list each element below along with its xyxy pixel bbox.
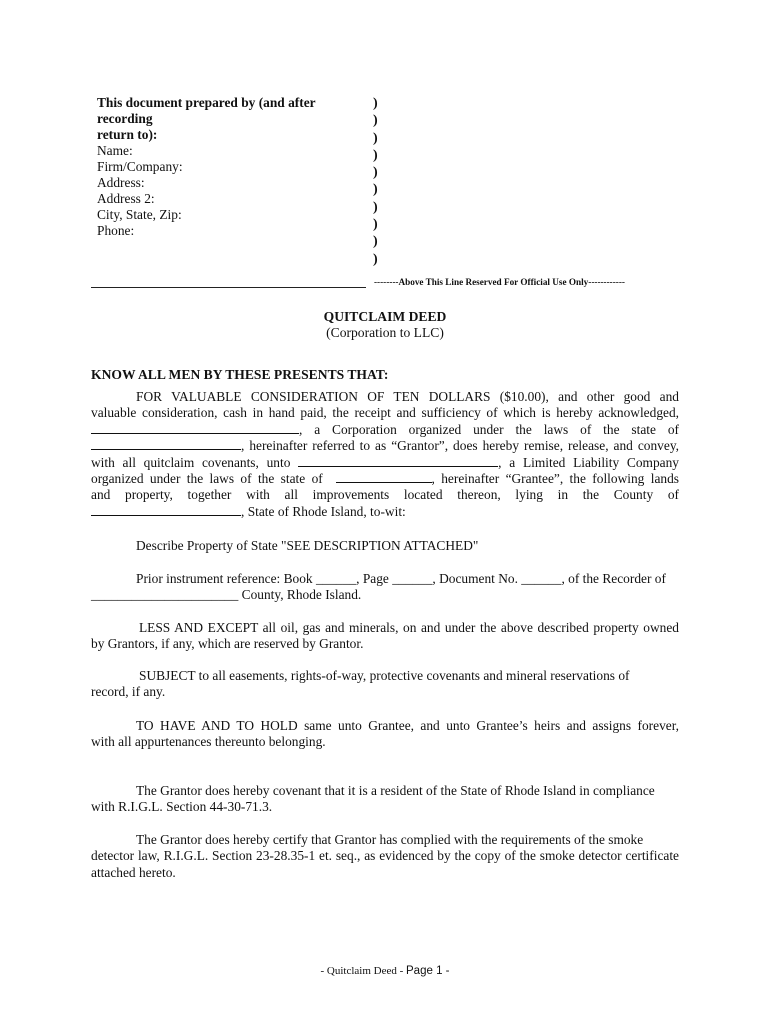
phone-field-label: Phone: (97, 223, 367, 239)
text: , hereinafter “Grantee”, the following l… (432, 471, 680, 486)
prepared-by-label: This document prepared by (and after rec… (97, 95, 367, 127)
consideration-line: organized under the laws of the state of… (91, 471, 679, 487)
less-except-paragraph: LESS AND EXCEPT all oil, gas and mineral… (91, 620, 679, 653)
page-number: Page 1 - (406, 965, 449, 977)
text: , a Limited Liability Company (498, 455, 679, 470)
consideration-line: and property, together with all improvem… (91, 487, 679, 503)
consideration-line: FOR VALUABLE CONSIDERATION OF TEN DOLLAR… (91, 389, 679, 405)
smoke-detector-line: The Grantor does hereby certify that Gra… (91, 832, 679, 848)
habendum-paragraph: TO HAVE AND TO HOLD same unto Grantee, a… (91, 718, 679, 751)
grantee-state-blank[interactable] (336, 471, 432, 483)
text: , State of Rhode Island, to-wit: (241, 504, 406, 519)
grantee-name-blank[interactable] (298, 455, 498, 467)
consideration-line: , hereinafter referred to as “Grantor”, … (91, 438, 679, 454)
bracket-column: ) ) ) ) ) ) ) ) ) ) (373, 95, 385, 268)
residency-line: The Grantor does hereby covenant that it… (91, 783, 679, 799)
describe-property: Describe Property of State "SEE DESCRIPT… (136, 538, 724, 554)
smoke-detector-paragraph: The Grantor does hereby certify that Gra… (91, 832, 679, 881)
consideration-line: valuable consideration, cash in hand pai… (91, 405, 679, 421)
page-footer: - Quitclaim Deed - Page 1 - (0, 965, 770, 977)
document-subtitle: (Corporation to LLC) (0, 325, 770, 341)
address-field-label: Address: (97, 175, 367, 191)
paren: ) (373, 199, 385, 216)
paren: ) (373, 251, 385, 268)
paren: ) (373, 130, 385, 147)
firm-field-label: Firm/Company: (97, 159, 367, 175)
name-field-label: Name: (97, 143, 367, 159)
consideration-line: , State of Rhode Island, to-wit: (91, 504, 679, 520)
paren: ) (373, 233, 385, 250)
habendum-line: TO HAVE AND TO HOLD same unto Grantee, a… (91, 718, 679, 734)
paren: ) (373, 147, 385, 164)
residency-line: with R.I.G.L. Section 44-30-71.3. (91, 799, 679, 815)
paren: ) (373, 95, 385, 112)
city-state-zip-field-label: City, State, Zip: (97, 207, 367, 223)
smoke-detector-line: detector law, R.I.G.L. Section 23-28.35-… (91, 848, 679, 864)
text: organized under the laws of the state of (91, 471, 323, 486)
text: County, Rhode Island. (238, 587, 361, 602)
paren: ) (373, 164, 385, 181)
grantor-name-blank[interactable] (91, 422, 299, 434)
text: with all quitclaim covenants, unto (91, 455, 290, 470)
know-all-heading: KNOW ALL MEN BY THESE PRESENTS THAT: (91, 367, 388, 383)
consideration-line: , a Corporation organized under the laws… (91, 422, 679, 438)
paren: ) (373, 216, 385, 233)
return-to-label: return to): (97, 127, 367, 143)
text: , a Corporation organized under the laws… (299, 422, 679, 437)
smoke-detector-line: attached hereto. (91, 865, 679, 881)
footer-doc-name: - Quitclaim Deed - (320, 965, 406, 977)
prior-instrument-line: ______________________ County, Rhode Isl… (91, 587, 679, 603)
consideration-line: with all quitclaim covenants, unto , a L… (91, 455, 679, 471)
recording-divider-line (91, 287, 366, 288)
subject-to-paragraph: SUBJECT to all easements, rights-of-way,… (91, 668, 679, 701)
less-except-line: by Grantors, if any, which are reserved … (91, 636, 679, 652)
prior-instrument-paragraph: Prior instrument reference: Book ______,… (91, 571, 679, 604)
residency-paragraph: The Grantor does hereby covenant that it… (91, 783, 679, 816)
less-except-line: LESS AND EXCEPT all oil, gas and mineral… (91, 620, 679, 636)
recorder-county-blank[interactable]: ______________________ (91, 587, 238, 602)
habendum-line: with all appurtenances thereunto belongi… (91, 734, 679, 750)
text: , hereinafter referred to as “Grantor”, … (241, 438, 679, 453)
paren: ) (373, 181, 385, 198)
document-title: QUITCLAIM DEED (0, 309, 770, 325)
grantor-state-blank[interactable] (91, 438, 241, 450)
reserved-line-label: --------Above This Line Reserved For Off… (374, 277, 625, 287)
paren: ) (373, 112, 385, 129)
address2-field-label: Address 2: (97, 191, 367, 207)
subject-to-line: SUBJECT to all easements, rights-of-way,… (91, 668, 679, 684)
consideration-paragraph: FOR VALUABLE CONSIDERATION OF TEN DOLLAR… (91, 389, 679, 520)
preparer-block: This document prepared by (and after rec… (97, 95, 367, 239)
subject-to-line: record, if any. (91, 684, 679, 700)
prior-instrument-line: Prior instrument reference: Book ______,… (91, 571, 679, 587)
county-blank[interactable] (91, 504, 241, 516)
